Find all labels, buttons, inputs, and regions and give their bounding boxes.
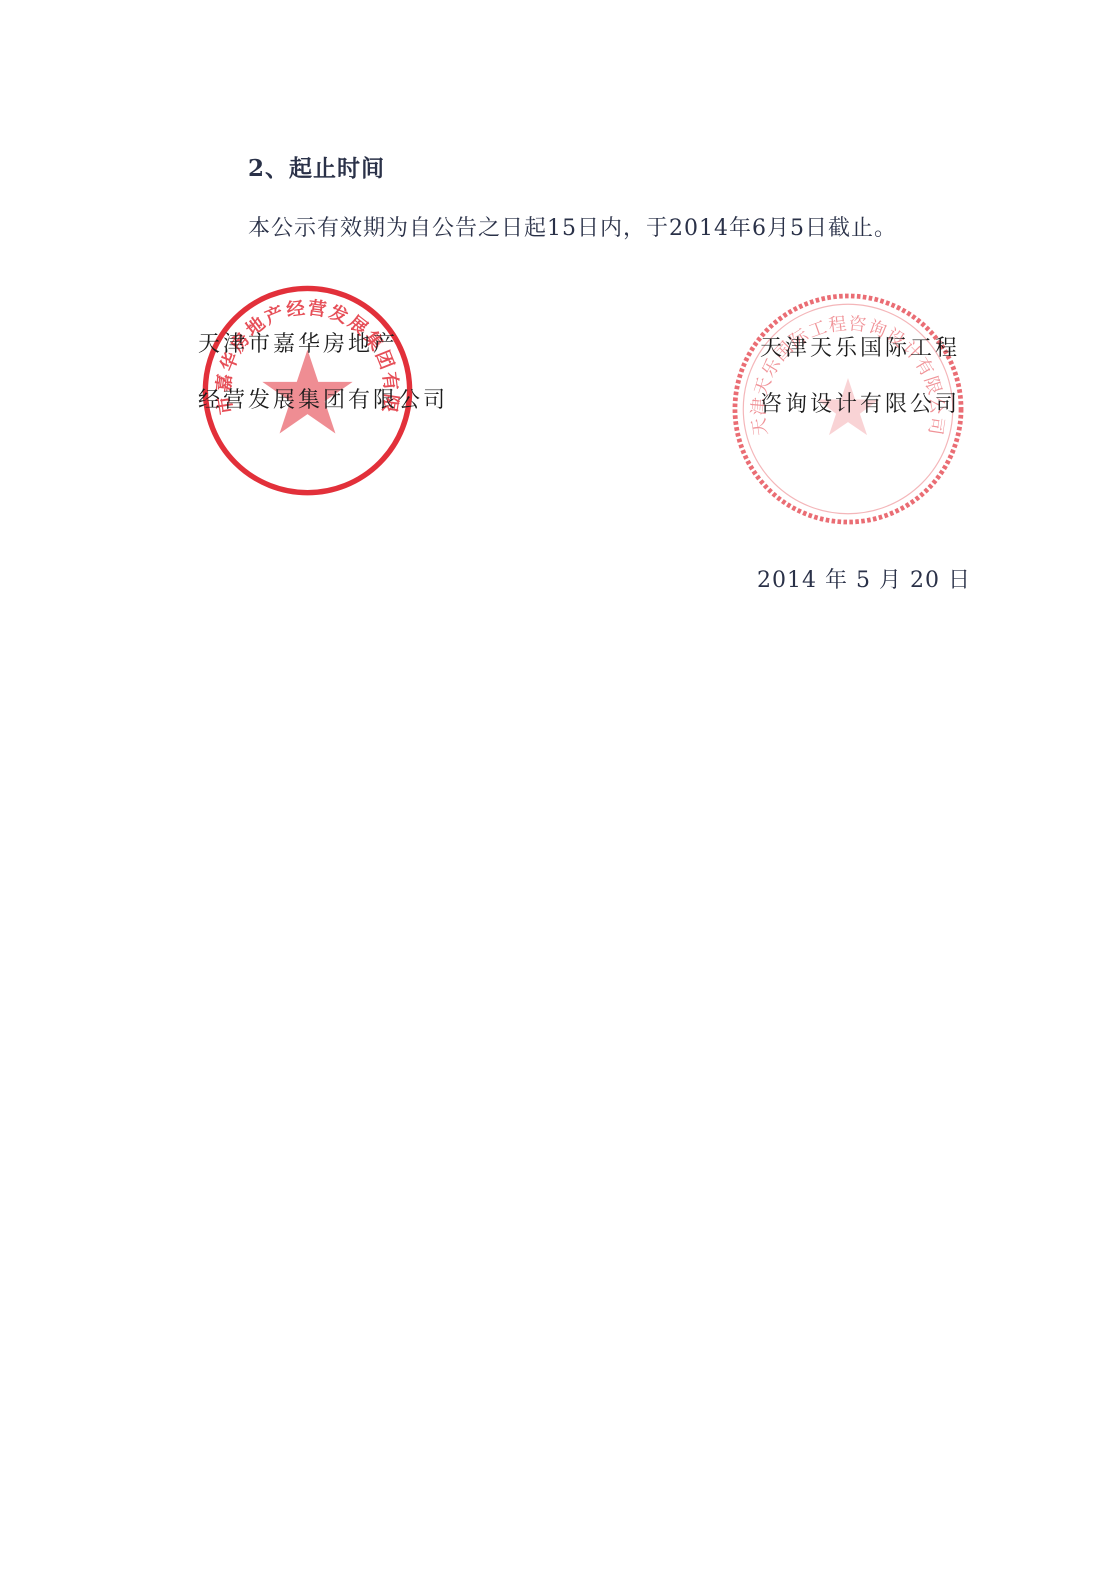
left-party-name-line1: 天津市嘉华房地产	[198, 327, 398, 358]
signing-date: 2014 年 5 月 20 日	[757, 563, 971, 594]
right-party-name-line1: 天津天乐国际工程	[760, 331, 960, 362]
validity-paragraph: 本公示有效期为自公告之日起15日内，于2014年6月5日截止。	[248, 211, 897, 242]
section-heading: 2、起止时间	[248, 150, 385, 183]
document-page: 2、起止时间 本公示有效期为自公告之日起15日内，于2014年6月5日截止。 天…	[0, 0, 1112, 1575]
left-party-name-line2: 经营发展集团有限公司	[198, 383, 448, 414]
right-party-name-line2: 咨询设计有限公司	[760, 387, 960, 418]
